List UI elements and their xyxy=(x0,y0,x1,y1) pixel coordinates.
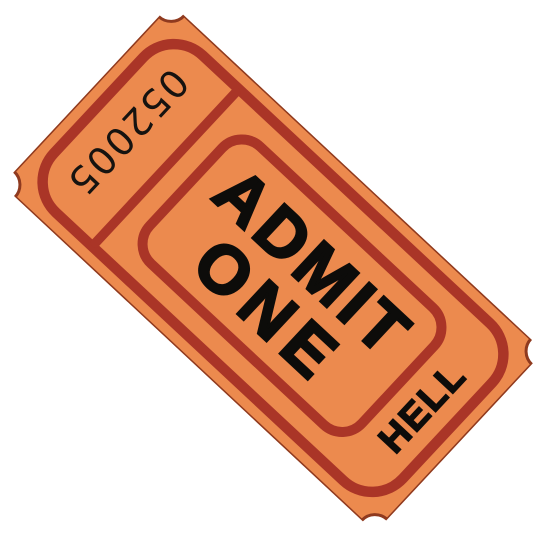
canvas: 052005 ADMIT ONE HELL xyxy=(0,0,547,535)
admit-one-ticket: 052005 ADMIT ONE HELL xyxy=(2,3,544,532)
ticket-graphic: 052005 ADMIT ONE HELL xyxy=(2,3,544,532)
